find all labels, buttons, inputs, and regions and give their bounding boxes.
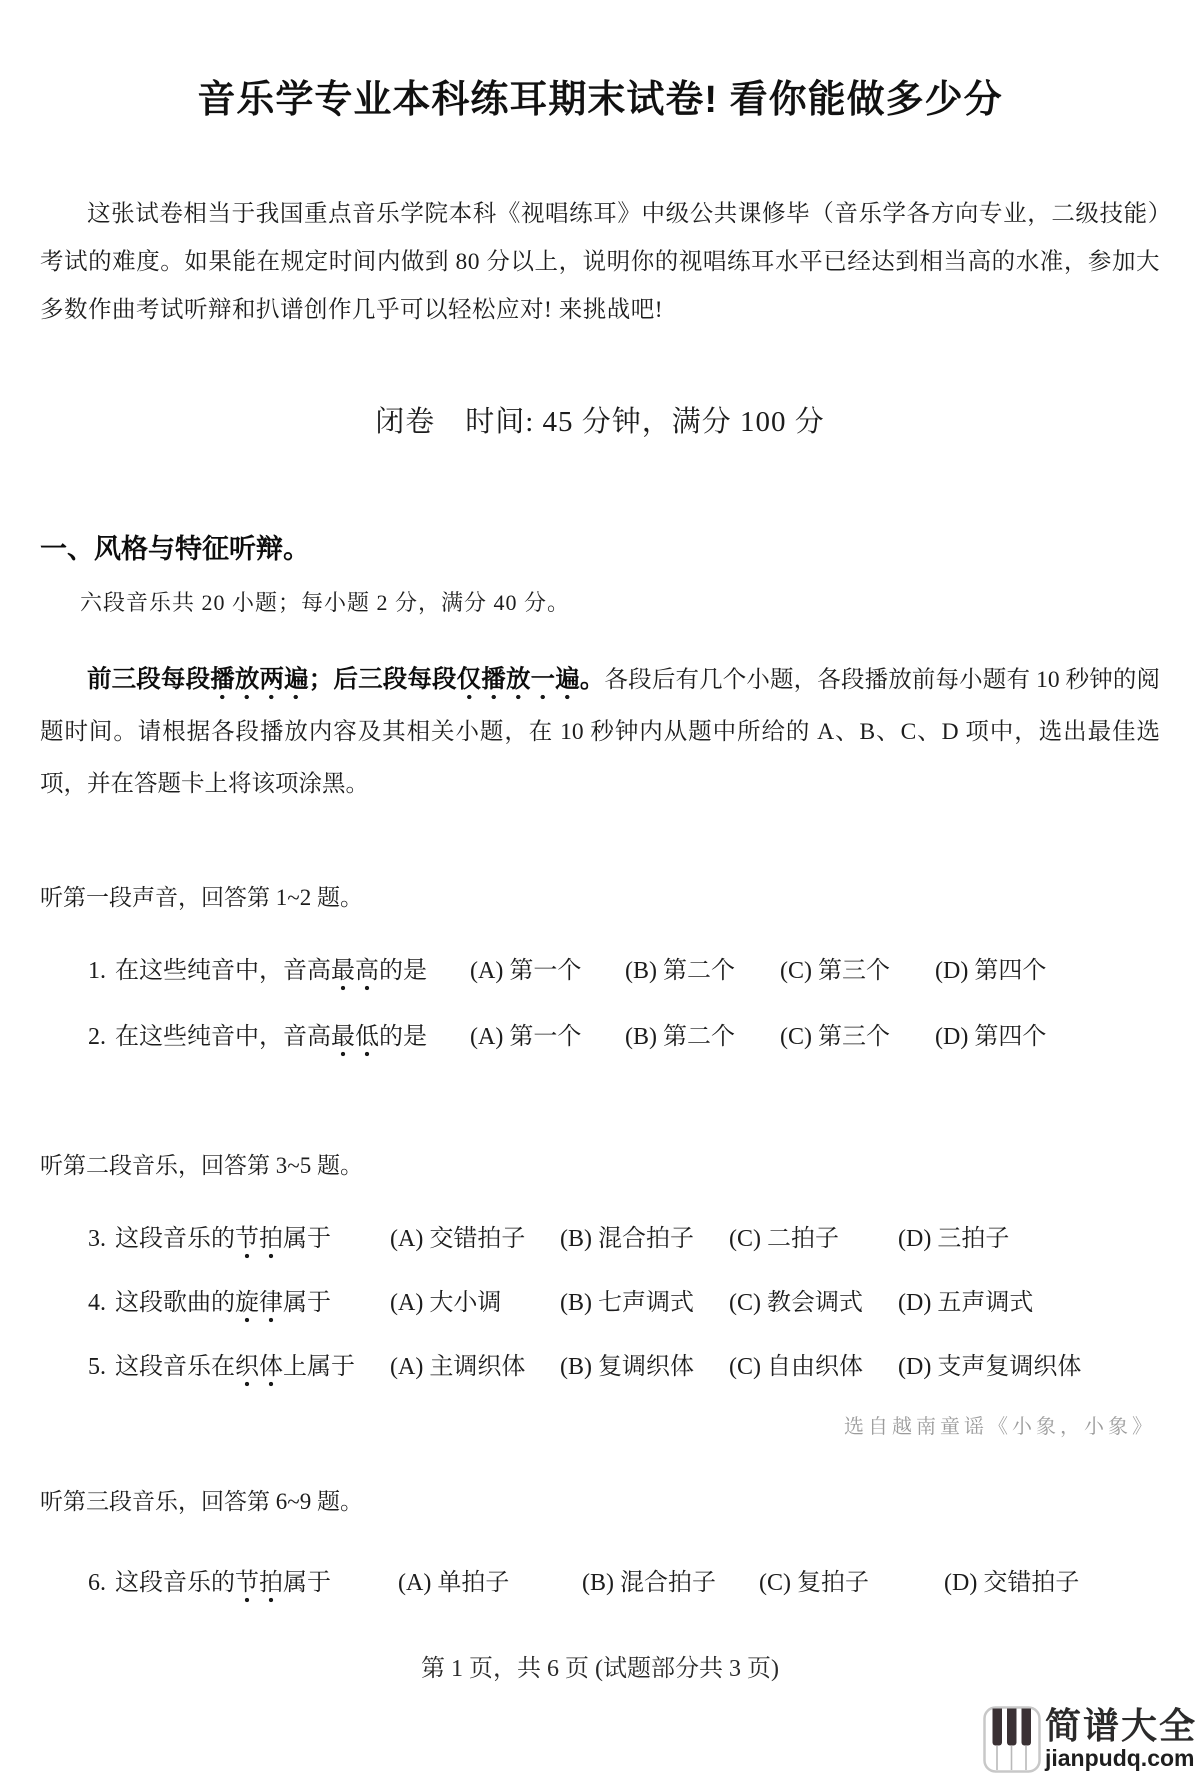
question-option-d: (D) 支声复调织体 [898,1350,1180,1384]
question-number: 4. [88,1290,106,1316]
question-option-d: (D) 第四个 [935,1020,1180,1054]
question-option-c: (C) 教会调式 [729,1286,898,1320]
question-stem: 2.在这些纯音中，音高最低的是 [88,1020,470,1054]
question-option-a: (A) 单拍子 [398,1566,582,1600]
listen-prompt-1: 听第一段声音，回答第 1~2 题。 [40,882,1160,914]
question-number: 5. [88,1354,106,1380]
question-row-6: 6.这段音乐的节拍属于 (A) 单拍子 (B) 混合拍子 (C) 复拍子 (D)… [88,1566,1180,1600]
question-stem: 3.这段音乐的节拍属于 [88,1222,390,1256]
question-emphasized-text: 最低 [331,1024,379,1058]
intro-paragraph: 这张试卷相当于我国重点音乐学院本科《视唱练耳》中级公共课修毕（音乐学各方向专业，… [40,190,1160,334]
question-row-5: 5.这段音乐在织体上属于 (A) 主调织体 (B) 复调织体 (C) 自由织体 … [88,1350,1180,1384]
question-text: 这段音乐的 [115,1570,235,1596]
question-emphasized-text: 最高 [331,958,379,992]
question-number: 1. [88,958,106,984]
piano-keys-icon [983,1706,1041,1773]
question-number: 3. [88,1226,106,1252]
section-subheading: 六段音乐共 20 小题；每小题 2 分，满分 40 分。 [80,588,1160,618]
question-option-d: (D) 第四个 [935,954,1180,988]
watermark-site-name: 简谱大全 [1045,1706,1197,1746]
question-text: 这段音乐的 [115,1226,235,1252]
page-number-footer: 第 1 页，共 6 页 (试题部分共 3 页) [0,1652,1200,1686]
question-option-a: (A) 主调织体 [390,1350,560,1384]
exam-paper-page: 音乐学专业本科练耳期末试卷! 看你能做多少分 这张试卷相当于我国重点音乐学院本科… [0,0,1200,1784]
instruction-bold-text: 前三段每段 [87,666,210,693]
question-row-3: 3.这段音乐的节拍属于 (A) 交错拍子 (B) 混合拍子 (C) 二拍子 (D… [88,1222,1180,1256]
page-title: 音乐学专业本科练耳期末试卷! 看你能做多少分 [40,76,1160,124]
instruction-bold-text: 。 [580,666,605,693]
question-option-c: (C) 复拍子 [759,1566,944,1600]
question-text: 这段歌曲的 [115,1290,235,1316]
section-heading: 一、风格与特征听辩。 [40,532,1160,566]
question-text: 属于 [283,1226,331,1252]
question-text: 的是 [379,1024,427,1050]
question-option-c: (C) 自由织体 [729,1350,898,1384]
question-stem: 1.在这些纯音中，音高最高的是 [88,954,470,988]
question-option-d: (D) 三拍子 [898,1222,1180,1256]
question-row-4: 4.这段歌曲的旋律属于 (A) 大小调 (B) 七声调式 (C) 教会调式 (D… [88,1286,1180,1320]
question-option-a: (A) 大小调 [390,1286,560,1320]
question-stem: 5.这段音乐在织体上属于 [88,1350,390,1384]
exam-meta-line: 闭卷 时间: 45 分钟，满分 100 分 [40,404,1160,440]
question-number: 6. [88,1570,106,1596]
question-option-c: (C) 二拍子 [729,1222,898,1256]
question-text: 在这些纯音中，音高 [115,958,331,984]
question-option-b: (B) 七声调式 [560,1286,729,1320]
question-stem: 6.这段音乐的节拍属于 [88,1566,398,1600]
question-option-b: (B) 第二个 [625,1020,780,1054]
instruction-emphasized-text: 仅播放一遍 [457,666,580,701]
question-option-a: (A) 交错拍子 [390,1222,560,1256]
watermark-site-url: jianpudq.com [1045,1746,1195,1771]
instruction-paragraph: 前三段每段播放两遍；后三段每段仅播放一遍。各段后有几个小题，各段播放前每小题有 … [40,654,1160,810]
question-option-c: (C) 第三个 [780,1020,935,1054]
instruction-bold-text: ；后三段每段 [309,666,457,693]
question-option-b: (B) 混合拍子 [560,1222,729,1256]
question-emphasized-text: 节拍 [235,1226,283,1260]
question-option-d: (D) 五声调式 [898,1286,1180,1320]
question-emphasized-text: 节拍 [235,1570,283,1604]
question-emphasized-text: 旋律 [235,1290,283,1324]
question-number: 2. [88,1024,106,1050]
question-text: 这段音乐在 [115,1354,235,1380]
question-row-2: 2.在这些纯音中，音高最低的是 (A) 第一个 (B) 第二个 (C) 第三个 … [88,1020,1180,1054]
watermark-text-block: 简谱大全 jianpudq.com [1045,1706,1197,1771]
source-attribution: 选自越南童谣《小象，小象》 [40,1412,1156,1442]
question-text: 属于 [283,1570,331,1596]
listen-prompt-3: 听第三段音乐，回答第 6~9 题。 [40,1486,1160,1518]
listen-prompt-2: 听第二段音乐，回答第 3~5 题。 [40,1150,1160,1182]
question-text: 属于 [283,1290,331,1316]
question-text: 的是 [379,958,427,984]
question-stem: 4.这段歌曲的旋律属于 [88,1286,390,1320]
question-option-b: (B) 复调织体 [560,1350,729,1384]
question-option-a: (A) 第一个 [470,1020,625,1054]
question-row-1: 1.在这些纯音中，音高最高的是 (A) 第一个 (B) 第二个 (C) 第三个 … [88,954,1180,988]
instruction-emphasized-text: 播放两遍 [210,666,309,701]
question-text: 上属于 [283,1354,355,1380]
question-text: 在这些纯音中，音高 [115,1024,331,1050]
question-emphasized-text: 织体 [235,1354,283,1388]
question-option-c: (C) 第三个 [780,954,935,988]
question-option-a: (A) 第一个 [470,954,625,988]
question-option-b: (B) 混合拍子 [582,1566,759,1600]
site-watermark: 简谱大全 jianpudq.com [983,1706,1197,1773]
question-option-b: (B) 第二个 [625,954,780,988]
question-option-d: (D) 交错拍子 [944,1566,1180,1600]
